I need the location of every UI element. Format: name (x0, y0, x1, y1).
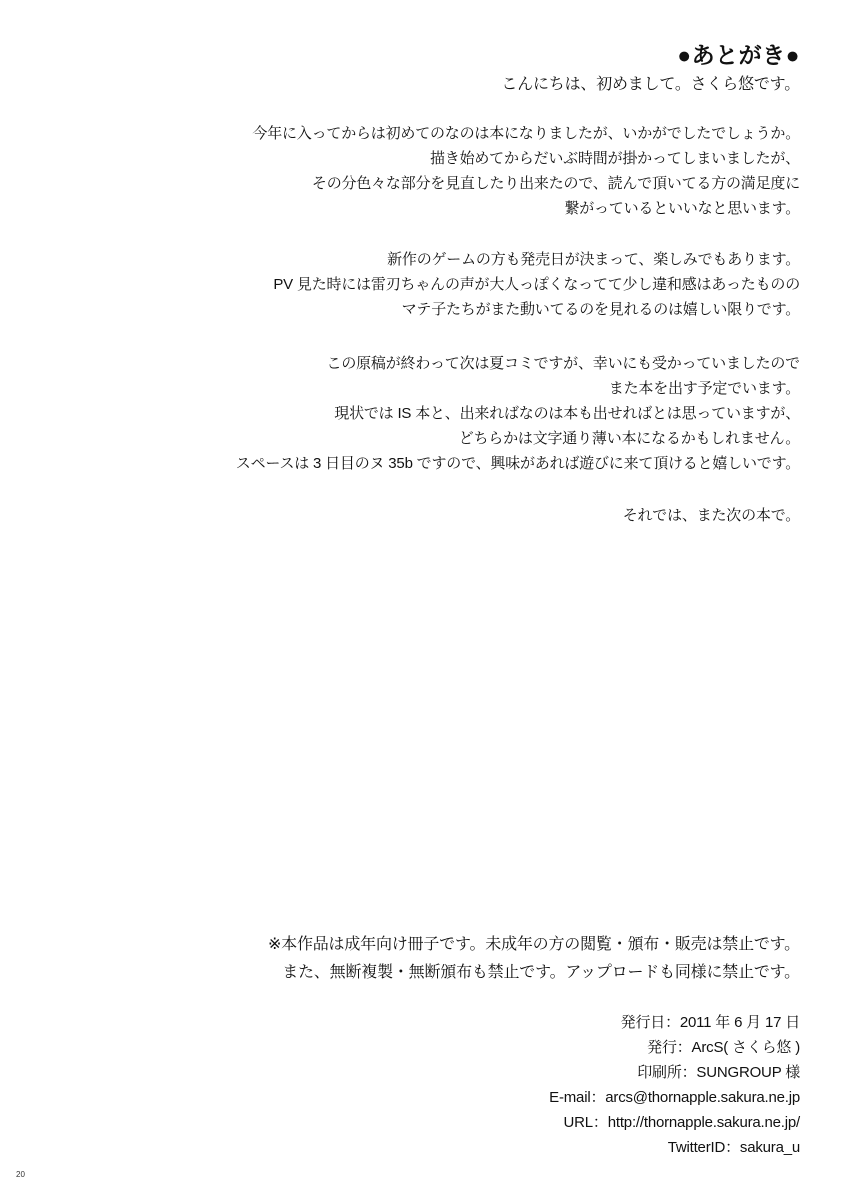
colophon: 発行日：2011 年 6 月 17 日 発行：ArcS( さくら悠 ) 印刷所：… (30, 1010, 800, 1160)
text-line: 新作のゲームの方も発売日が決まって、楽しみでもあります。 (30, 247, 800, 272)
greeting-text: こんにちは、初めまして。さくら悠です。 (30, 72, 800, 97)
disclaimer: ※本作品は成年向け冊子です。未成年の方の閲覧・頒布・販売は禁止です。 また、無断… (30, 931, 800, 987)
text-line: その分色々な部分を見直したり出来たので、読んで頂いてる方の満足度に (30, 171, 800, 196)
disclaimer-line: また、無断複製・無断頒布も禁止です。アップロードも同様に禁止です。 (30, 959, 800, 987)
text-line: 今年に入ってからは初めてのなのは本になりましたが、いかがでしたでしょうか。 (30, 121, 800, 146)
text-line: 繋がっているといいなと思います。 (30, 196, 800, 221)
text-line: どちらかは文字通り薄い本になるかもしれません。 (30, 426, 800, 451)
text-line: この原稿が終わって次は夏コミですが、幸いにも受かっていましたので (30, 351, 800, 376)
closing-text: それでは、また次の本で。 (30, 503, 800, 528)
text-line: 現状では IS 本と、出来ればなのは本も出せればとは思っていますが、 (30, 401, 800, 426)
text-line: マテ子たちがまた動いてるのを見れるのは嬉しい限りです。 (30, 297, 800, 322)
text-line: 描き始めてからだいぶ時間が掛かってしまいましたが、 (30, 146, 800, 171)
colophon-publisher: 発行：ArcS( さくら悠 ) (30, 1035, 800, 1060)
afterword-paragraph-2: 新作のゲームの方も発売日が決まって、楽しみでもあります。 PV 見た時には雷刃ち… (30, 247, 800, 322)
colophon-twitter-id: TwitterID：sakura_u (30, 1135, 800, 1160)
text-line: PV 見た時には雷刃ちゃんの声が大人っぽくなってて少し違和感はあったものの (30, 272, 800, 297)
colophon-printer: 印刷所：SUNGROUP 様 (30, 1060, 800, 1085)
colophon-publish-date: 発行日：2011 年 6 月 17 日 (30, 1010, 800, 1035)
text-line: スペースは 3 日目のヌ 35b ですので、興味があれば遊びに来て頂けると嬉しい… (30, 451, 800, 476)
colophon-url: URL：http://thornapple.sakura.ne.jp/ (30, 1110, 800, 1135)
colophon-email: E-mail：arcs@thornapple.sakura.ne.jp (30, 1085, 800, 1110)
afterword-paragraph-1: 今年に入ってからは初めてのなのは本になりましたが、いかがでしたでしょうか。 描き… (30, 121, 800, 221)
text-line: また本を出す予定でいます。 (30, 376, 800, 401)
afterword-paragraph-3: この原稿が終わって次は夏コミですが、幸いにも受かっていましたので また本を出す予… (30, 351, 800, 476)
disclaimer-line: ※本作品は成年向け冊子です。未成年の方の閲覧・頒布・販売は禁止です。 (30, 931, 800, 959)
page-title: ●あとがき● (677, 37, 800, 70)
afterword-page: ●あとがき● こんにちは、初めまして。さくら悠です。 今年に入ってからは初めての… (0, 0, 858, 1200)
page-number: 20 (16, 1170, 25, 1180)
